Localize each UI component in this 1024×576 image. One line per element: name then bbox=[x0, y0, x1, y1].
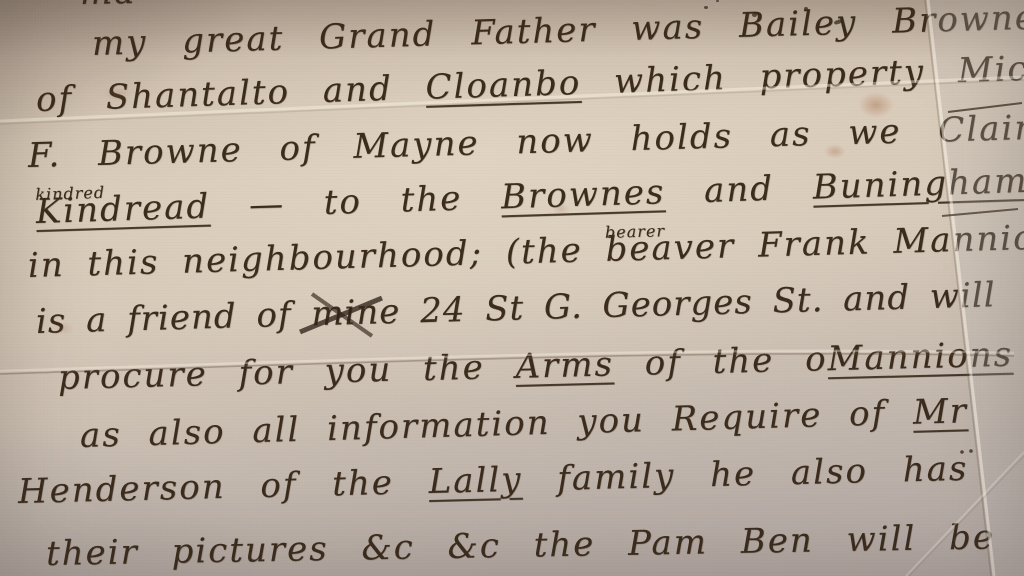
handwritten-text: procure for you the bbox=[58, 347, 516, 398]
letter-photograph: mamy great Grand Father was Bailey Brown… bbox=[0, 0, 1024, 576]
manuscript-line: Henderson of the Lally family he also ha… bbox=[18, 449, 969, 512]
handwritten-text: their pictures &c &c the Pam Ben will be… bbox=[46, 515, 1024, 574]
handwritten-text: and bbox=[665, 168, 814, 213]
handwritten-text: Arms bbox=[515, 344, 614, 386]
manuscript-line: their pictures &c &c the Pam Ben will be… bbox=[46, 515, 1024, 574]
handwritten-text: — to the bbox=[210, 177, 502, 226]
handwritten-text: beaver Frank Mannion bbox=[605, 217, 1024, 270]
manuscript-line: as also all information you Require of M… bbox=[79, 391, 968, 456]
inserted-correction-word: kindred bbox=[35, 175, 36, 215]
handwritten-text: Cloanbo bbox=[425, 63, 582, 108]
manuscript: mamy great Grand Father was Bailey Brown… bbox=[0, 0, 1024, 576]
handwritten-text: Lally bbox=[428, 460, 523, 502]
handwritten-text: in this neighbourhood; (the bbox=[27, 230, 606, 286]
handwritten-text: Brownes bbox=[500, 172, 665, 217]
handwritten-text: Mannions bbox=[827, 335, 1014, 380]
manuscript-line: ma bbox=[80, 0, 137, 13]
handwritten-text: Mr bbox=[912, 391, 968, 433]
handwritten-text: of the o bbox=[613, 339, 828, 384]
handwritten-text: Buninghams bbox=[812, 160, 1024, 207]
handwritten-text: ma bbox=[80, 0, 137, 13]
handwritten-text: family he also has bbox=[522, 449, 969, 500]
handwritten-text: Henderson of the bbox=[18, 462, 430, 512]
handwritten-text: of Shantalto and bbox=[35, 68, 426, 120]
handwritten-text: which property Mich bbox=[581, 48, 1024, 103]
manuscript-line: procure for you the Arms of the oMannion… bbox=[58, 335, 1014, 398]
handwritten-text: as also all information you Require of bbox=[79, 393, 913, 456]
